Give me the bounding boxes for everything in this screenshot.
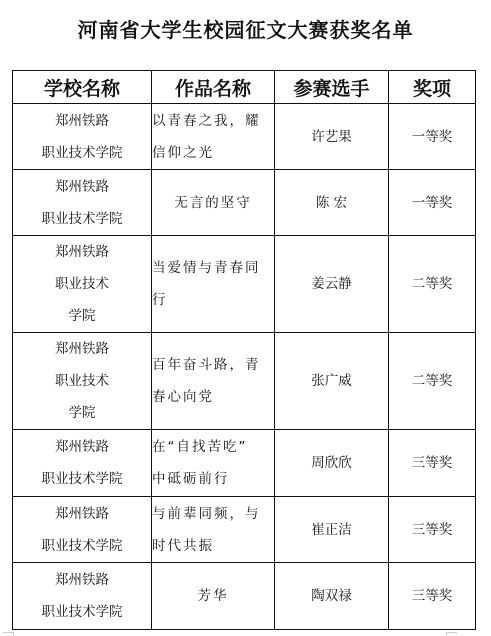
school-line: 职业技术 [13,268,151,300]
school-line: 职业技术学院 [13,463,151,495]
page-title: 河南省大学生校园征文大赛获奖名单 [0,14,491,43]
cell-work-title: 与前辈同频，与时代共振 [152,497,275,563]
page-corner-left [3,632,14,636]
table-body: 郑州铁路职业技术学院以青春之我，耀信仰之光许艺果一等奖郑州铁路职业技术学院无言的… [13,104,476,630]
work-title-line: 以青春之我，耀 [152,105,274,137]
awards-table: 学校名称 作品名称 参赛选手 奖项 郑州铁路职业技术学院以青春之我，耀信仰之光许… [12,70,476,630]
school-line: 学院 [13,397,151,429]
school-line: 郑州铁路 [13,171,151,203]
cell-participant: 张广威 [275,333,389,430]
cell-award: 三等奖 [389,497,476,563]
school-line: 郑州铁路 [13,498,151,530]
cell-school: 郑州铁路职业技术学院 [13,563,152,630]
table-row: 郑州铁路职业技术学院芳华陶双禄三等奖 [13,563,476,630]
cell-work-title: 当爱情与青春同行 [152,236,275,333]
work-title-line: 百年奋斗路，青 [152,349,274,381]
cell-award: 二等奖 [389,333,476,430]
school-line: 郑州铁路 [13,564,151,596]
school-line: 郑州铁路 [13,431,151,463]
header-participant: 参赛选手 [275,71,389,104]
cell-school: 郑州铁路职业技术学院 [13,104,152,170]
page-corner-right [446,632,457,636]
cell-school: 郑州铁路职业技术学院 [13,170,152,236]
header-award: 奖项 [389,71,476,104]
work-title-line: 在“自找苦吃” [152,431,274,463]
cell-work-title: 无言的坚守 [152,170,275,236]
school-line: 职业技术学院 [13,137,151,169]
cell-work-title: 以青春之我，耀信仰之光 [152,104,275,170]
work-title-line: 时代共振 [152,530,274,562]
school-line: 职业技术学院 [13,530,151,562]
work-title-line: 信仰之光 [152,137,274,169]
work-title-line: 当爱情与青春同 [152,252,274,284]
header-school: 学校名称 [13,71,152,104]
cell-school: 郑州铁路职业技术学院 [13,236,152,333]
work-title-line: 与前辈同频，与 [152,498,274,530]
work-title-line: 芳华 [152,580,274,612]
school-line: 郑州铁路 [13,333,151,365]
cell-participant: 许艺果 [275,104,389,170]
work-title-line: 春心向党 [152,381,274,413]
cell-work-title: 百年奋斗路，青春心向党 [152,333,275,430]
school-line: 职业技术学院 [13,596,151,628]
table-header-row: 学校名称 作品名称 参赛选手 奖项 [13,71,476,104]
cell-school: 郑州铁路职业技术学院 [13,430,152,497]
cell-school: 郑州铁路职业技术学院 [13,333,152,430]
cell-participant: 姜云静 [275,236,389,333]
table-row: 郑州铁路职业技术学院在“自找苦吃”中砥砺前行周欣欣三等奖 [13,430,476,497]
cell-school: 郑州铁路职业技术学院 [13,497,152,563]
work-title-line: 行 [152,284,274,316]
school-line: 职业技术学院 [13,203,151,235]
school-line: 郑州铁路 [13,105,151,137]
work-title-line: 中砥砺前行 [152,463,274,495]
cell-participant: 崔正洁 [275,497,389,563]
cell-participant: 陶双禄 [275,563,389,630]
cell-award: 一等奖 [389,170,476,236]
table-row: 郑州铁路职业技术学院无言的坚守陈 宏一等奖 [13,170,476,236]
work-title-line: 无言的坚守 [152,187,274,219]
school-line: 郑州铁路 [13,236,151,268]
cell-award: 二等奖 [389,236,476,333]
school-line: 学院 [13,300,151,332]
cell-participant: 周欣欣 [275,430,389,497]
cell-award: 三等奖 [389,430,476,497]
table-row: 郑州铁路职业技术学院当爱情与青春同行姜云静二等奖 [13,236,476,333]
table-row: 郑州铁路职业技术学院百年奋斗路，青春心向党张广威二等奖 [13,333,476,430]
cell-work-title: 在“自找苦吃”中砥砺前行 [152,430,275,497]
table-row: 郑州铁路职业技术学院以青春之我，耀信仰之光许艺果一等奖 [13,104,476,170]
cell-award: 一等奖 [389,104,476,170]
table-row: 郑州铁路职业技术学院与前辈同频，与时代共振崔正洁三等奖 [13,497,476,563]
cell-award: 三等奖 [389,563,476,630]
cell-work-title: 芳华 [152,563,275,630]
header-work: 作品名称 [152,71,275,104]
school-line: 职业技术 [13,365,151,397]
cell-participant: 陈 宏 [275,170,389,236]
